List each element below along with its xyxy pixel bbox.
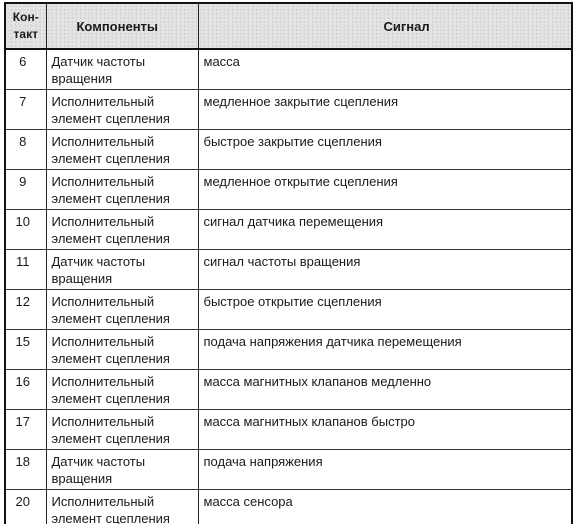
component-cell: Датчик частотывращения — [46, 250, 198, 290]
signal-cell: подача напряжения датчика перемещения — [198, 330, 572, 370]
component-cell: Исполнительныйэлемент сцепления — [46, 370, 198, 410]
component-line2: элемент сцепления — [52, 350, 193, 367]
component-line2: вращения — [52, 470, 193, 487]
header-contact-line1: Кон- — [6, 9, 46, 26]
component-line1: Датчик частоты — [52, 253, 193, 270]
table-row: 6Датчик частотывращениямасса — [5, 49, 572, 90]
component-line2: элемент сцепления — [52, 110, 193, 127]
contact-cell: 12 — [5, 290, 46, 330]
contact-cell: 16 — [5, 370, 46, 410]
signal-cell: быстрое закрытие сцепления — [198, 130, 572, 170]
component-line2: элемент сцепления — [52, 190, 193, 207]
component-line2: вращения — [52, 70, 193, 87]
signal-cell: масса магнитных клапанов быстро — [198, 410, 572, 450]
table-row: 20Исполнительныйэлемент сцеплениямасса с… — [5, 490, 572, 524]
component-line1: Исполнительный — [52, 293, 193, 310]
component-line2: элемент сцепления — [52, 510, 193, 524]
component-cell: Исполнительныйэлемент сцепления — [46, 490, 198, 524]
component-line1: Исполнительный — [52, 93, 193, 110]
component-cell: Исполнительныйэлемент сцепления — [46, 290, 198, 330]
component-line1: Датчик частоты — [52, 53, 193, 70]
component-line1: Датчик частоты — [52, 453, 193, 470]
signal-cell: сигнал датчика перемещения — [198, 210, 572, 250]
signal-cell: сигнал частоты вращения — [198, 250, 572, 290]
component-line1: Исполнительный — [52, 373, 193, 390]
component-line1: Исполнительный — [52, 133, 193, 150]
component-line2: элемент сцепления — [52, 310, 193, 327]
contact-cell: 15 — [5, 330, 46, 370]
contact-cell: 18 — [5, 450, 46, 490]
component-cell: Исполнительныйэлемент сцепления — [46, 410, 198, 450]
table-row: 17Исполнительныйэлемент сцеплениямасса м… — [5, 410, 572, 450]
signal-cell: быстрое открытие сцепления — [198, 290, 572, 330]
component-cell: Исполнительныйэлемент сцепления — [46, 330, 198, 370]
signal-cell: подача напряжения — [198, 450, 572, 490]
component-line1: Исполнительный — [52, 213, 193, 230]
signal-cell: медленное открытие сцепления — [198, 170, 572, 210]
table-row: 15Исполнительныйэлемент сцепленияподача … — [5, 330, 572, 370]
contact-cell: 8 — [5, 130, 46, 170]
component-line1: Исполнительный — [52, 173, 193, 190]
table-row: 9Исполнительныйэлемент сцеплениямедленно… — [5, 170, 572, 210]
contact-cell: 7 — [5, 90, 46, 130]
table-row: 12Исполнительныйэлемент сцеплениябыстрое… — [5, 290, 572, 330]
contact-cell: 10 — [5, 210, 46, 250]
table-row: 10Исполнительныйэлемент сцеплениясигнал … — [5, 210, 572, 250]
component-cell: Исполнительныйэлемент сцепления — [46, 90, 198, 130]
contact-cell: 11 — [5, 250, 46, 290]
contact-cell: 17 — [5, 410, 46, 450]
table-row: 7Исполнительныйэлемент сцеплениямедленно… — [5, 90, 572, 130]
component-cell: Датчик частотывращения — [46, 450, 198, 490]
table-body: 6Датчик частотывращениямасса7Исполнитель… — [5, 49, 572, 524]
contact-cell: 6 — [5, 49, 46, 90]
component-cell: Датчик частотывращения — [46, 49, 198, 90]
component-line2: элемент сцепления — [52, 390, 193, 407]
table-row: 16Исполнительныйэлемент сцеплениямасса м… — [5, 370, 572, 410]
component-cell: Исполнительныйэлемент сцепления — [46, 170, 198, 210]
contact-cell: 9 — [5, 170, 46, 210]
component-cell: Исполнительныйэлемент сцепления — [46, 210, 198, 250]
header-row: Кон- такт Компоненты Сигнал — [5, 3, 572, 49]
header-components: Компоненты — [46, 3, 198, 49]
component-line2: элемент сцепления — [52, 150, 193, 167]
header-signal: Сигнал — [198, 3, 572, 49]
component-line1: Исполнительный — [52, 413, 193, 430]
component-line2: вращения — [52, 270, 193, 287]
header-contact-line2: такт — [6, 26, 46, 43]
table-row: 8Исполнительныйэлемент сцеплениябыстрое … — [5, 130, 572, 170]
table-row: 11Датчик частотывращениясигнал частоты в… — [5, 250, 572, 290]
signal-cell: масса — [198, 49, 572, 90]
contact-signal-table: Кон- такт Компоненты Сигнал 6Датчик част… — [4, 2, 573, 524]
signal-cell: масса магнитных клапанов медленно — [198, 370, 572, 410]
component-line2: элемент сцепления — [52, 230, 193, 247]
component-line1: Исполнительный — [52, 493, 193, 510]
table-row: 18Датчик частотывращенияподача напряжени… — [5, 450, 572, 490]
component-line1: Исполнительный — [52, 333, 193, 350]
signal-cell: медленное закрытие сцепления — [198, 90, 572, 130]
table-header: Кон- такт Компоненты Сигнал — [5, 3, 572, 49]
contact-cell: 20 — [5, 490, 46, 524]
header-contact: Кон- такт — [5, 3, 46, 49]
component-line2: элемент сцепления — [52, 430, 193, 447]
signal-cell: масса сенсора — [198, 490, 572, 524]
component-cell: Исполнительныйэлемент сцепления — [46, 130, 198, 170]
